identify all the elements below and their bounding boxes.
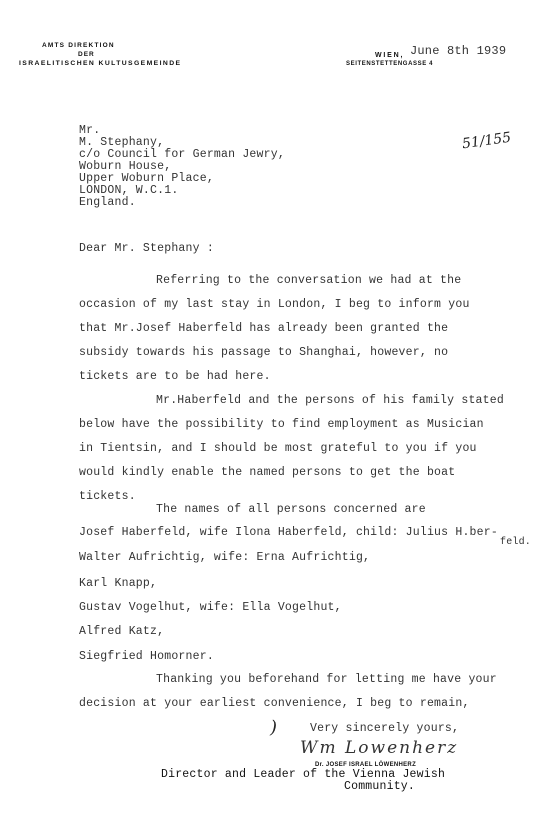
body-line: tickets.	[79, 490, 136, 503]
letter-page: AMTS DIREKTION DER ISRAELITISCHEN KULTUS…	[0, 0, 545, 837]
signature: Wm Lowenherz	[300, 738, 458, 758]
address-line: England.	[79, 196, 136, 209]
names-intro: The names of all persons concerned are	[156, 503, 426, 516]
pen-mark: )	[270, 717, 277, 738]
body-line: subsidy towards his passage to Shanghai,…	[79, 346, 448, 359]
letterhead-street: SEITENSTETTENGASSE 4	[346, 61, 433, 67]
names-line: Gustav Vogelhut, wife: Ella Vogelhut,	[79, 601, 342, 614]
names-line: Josef Haberfeld, wife Ilona Haberfeld, c…	[79, 526, 498, 539]
closing-line: decision at your earliest convenience, I…	[79, 697, 470, 710]
letterhead-line3: ISRAELITISCHEN KULTUSGEMEINDE	[19, 60, 181, 67]
names-line: Siegfried Homorner.	[79, 650, 214, 663]
body-line: occasion of my last stay in London, I be…	[79, 298, 470, 311]
letterhead-city: WIEN,	[375, 52, 404, 59]
names-line: Walter Aufrichtig, wife: Erna Aufrichtig…	[79, 551, 370, 564]
body-line: in Tientsin, and I should be most gratef…	[79, 442, 477, 455]
body-line: that Mr.Josef Haberfeld has already been…	[79, 322, 448, 335]
letterhead-line1: AMTS DIREKTION	[42, 42, 115, 49]
names-line: Karl Knapp,	[79, 577, 157, 590]
body-line: tickets are to be had here.	[79, 370, 271, 383]
letter-date: June 8th 1939	[410, 44, 506, 58]
letterhead-line2: DER	[78, 51, 95, 58]
body-line: would kindly enable the named persons to…	[79, 466, 455, 479]
salutation: Dear Mr. Stephany :	[79, 242, 214, 255]
file-mark: 51/155	[461, 130, 512, 153]
signer-title: Community.	[344, 780, 415, 793]
body-line: Referring to the conversation we had at …	[156, 274, 461, 287]
valediction: Very sincerely yours,	[310, 722, 459, 735]
body-line: below have the possibility to find emplo…	[79, 418, 484, 431]
body-line: Mr.Haberfeld and the persons of his fami…	[156, 394, 504, 407]
names-line-continuation: feld.	[500, 537, 531, 548]
closing-line: Thanking you beforehand for letting me h…	[156, 673, 497, 686]
names-line: Alfred Katz,	[79, 625, 164, 638]
